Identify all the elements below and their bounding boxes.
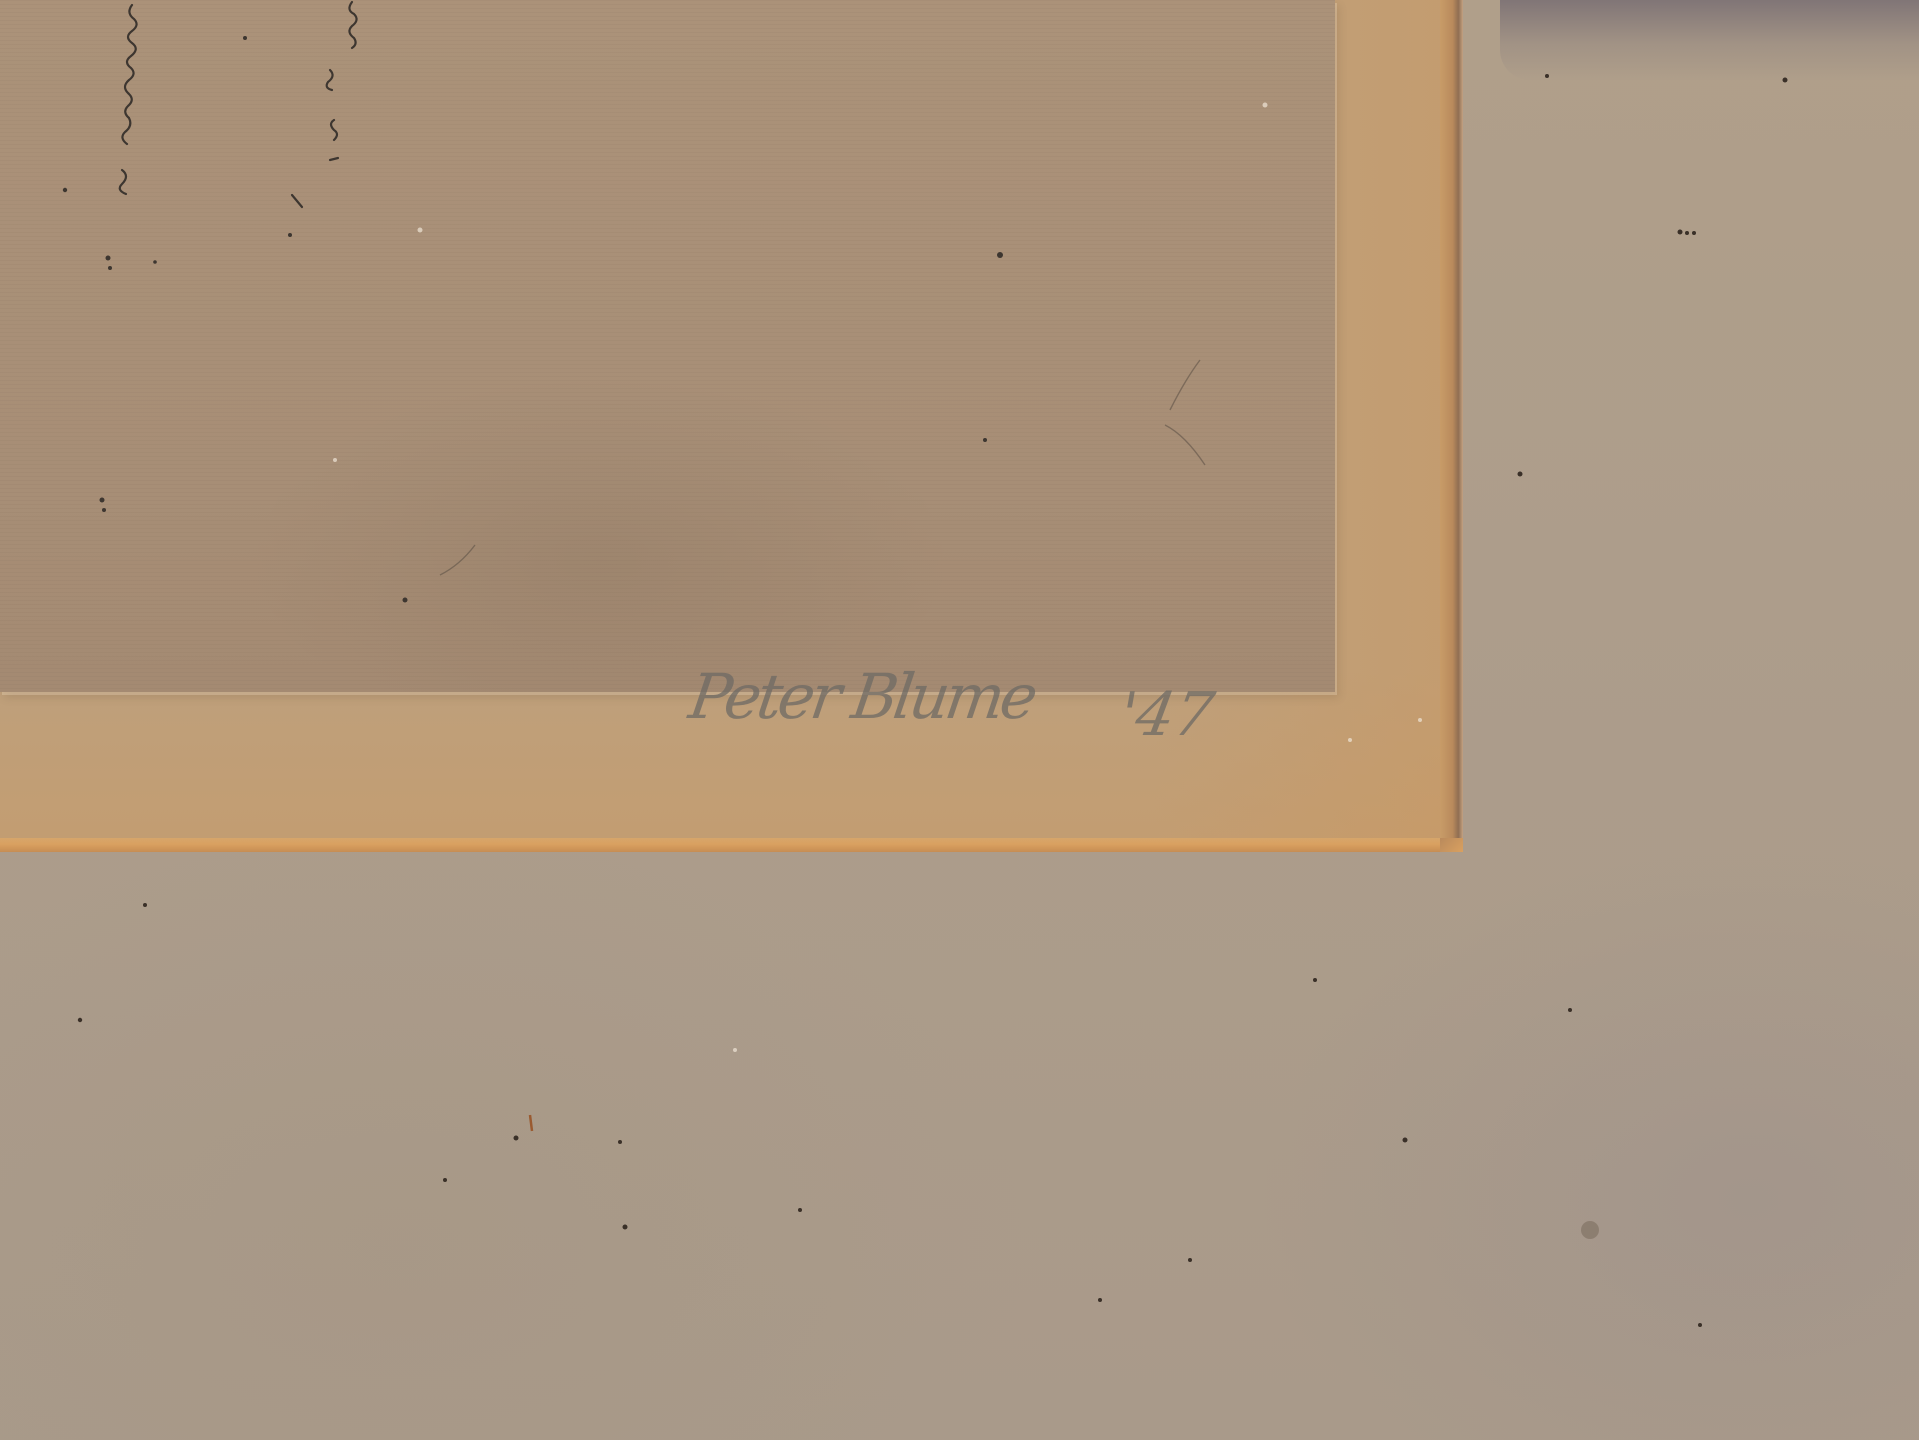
- mat-bevel-right: [1440, 0, 1463, 852]
- mat-bevel-corner: [1440, 838, 1463, 852]
- signature-text: Peter Blume: [685, 660, 1039, 733]
- artist-signature: Peter Blume: [690, 660, 1070, 750]
- frame-shadow: [1500, 0, 1919, 80]
- mat-bevel-bottom: [0, 838, 1463, 852]
- signature-year: '47: [1114, 680, 1219, 750]
- etched-scribble-marks: [0, 0, 1335, 692]
